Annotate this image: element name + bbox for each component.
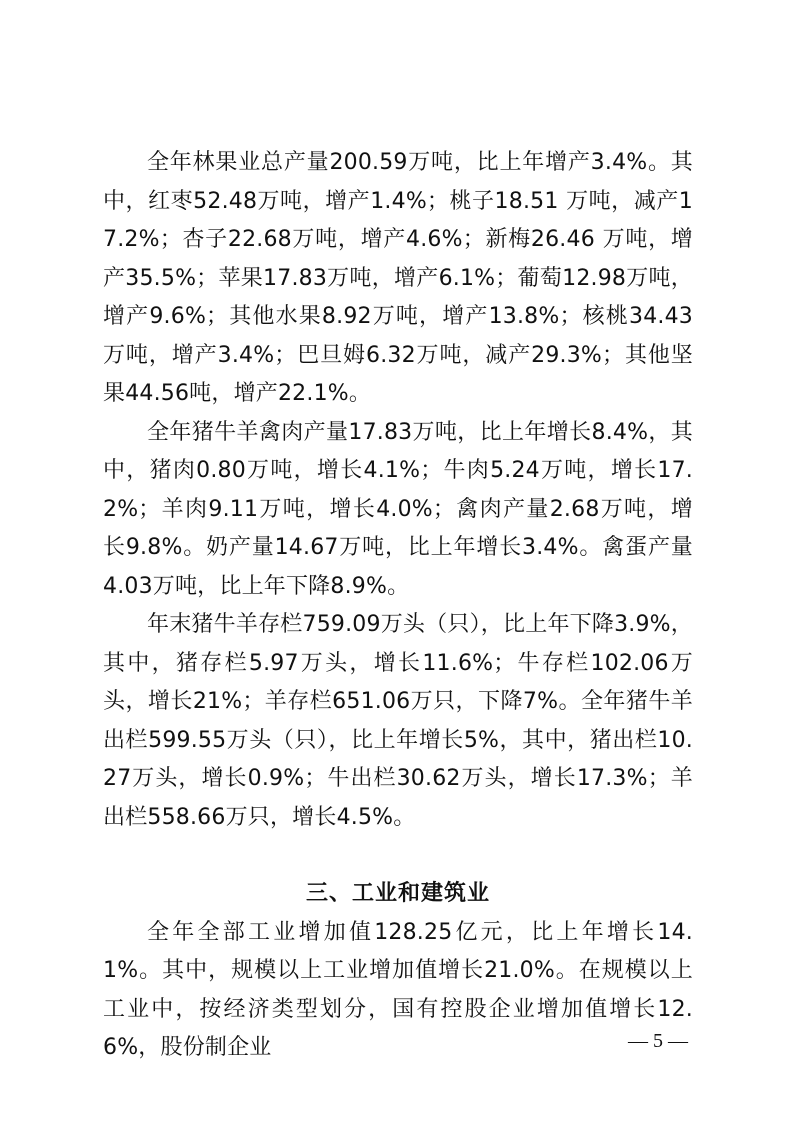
paragraph-meat-production: 全年猪牛羊禽肉产量17.83万吨，比上年增长8.4%，其中，猪肉0.80万吨，增… <box>103 414 693 607</box>
page-number: — 5 — <box>628 1030 688 1053</box>
paragraph-industry-value-added: 全年全部工业增加值128.25亿元，比上年增长14.1%。其中，规模以上工业增加… <box>103 914 693 1068</box>
section-heading: 三、工业和建筑业 <box>103 875 693 914</box>
paragraph-forestry-fruit: 全年林果业总产量200.59万吨，比上年增产3.4%。其中，红枣52.48万吨，… <box>103 144 693 414</box>
paragraph-livestock-inventory: 年末猪牛羊存栏759.09万头（只），比上年下降3.9%，其中，猪存栏5.97万… <box>103 606 693 837</box>
document-page: 全年林果业总产量200.59万吨，比上年增产3.4%。其中，红枣52.48万吨，… <box>103 144 693 1068</box>
